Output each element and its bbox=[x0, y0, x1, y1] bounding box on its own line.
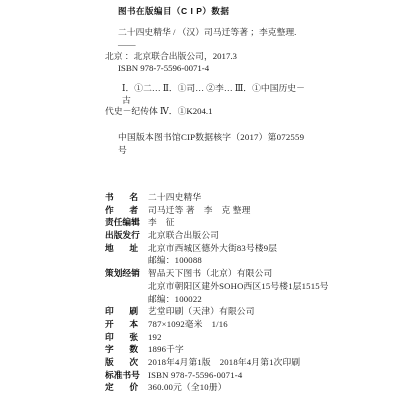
colophon-value: 北京市朝阳区建外SOHO西区15号楼1层1515号 bbox=[148, 280, 329, 293]
colophon-value: 787×1092毫米 1/16 bbox=[148, 318, 228, 331]
colophon-label: 策划经销 bbox=[105, 267, 138, 280]
cip-title-statement: 二十四史精华 / （汉）司马迁等著 ；李克整理. —— bbox=[105, 26, 305, 50]
colophon-row-postcode1: 邮编：100088 bbox=[105, 254, 375, 267]
colophon-row-isbn: 标准书号 ISBN 978-7-5596-0071-4 bbox=[105, 369, 375, 382]
colophon-label: 地址 bbox=[105, 242, 138, 255]
colophon-value: 邮编：100022 bbox=[148, 293, 202, 306]
colophon-value: ISBN 978-7-5596-0071-4 bbox=[148, 369, 242, 382]
colophon-label: 版次 bbox=[105, 356, 138, 369]
colophon-label: 开本 bbox=[105, 318, 138, 331]
colophon-row-postcode2: 邮编：100022 bbox=[105, 293, 375, 306]
colophon-value: 1896千字 bbox=[148, 343, 184, 356]
colophon-row-author: 作者 司马迁等 著 李 克 整理 bbox=[105, 204, 375, 217]
colophon-label: 出版发行 bbox=[105, 229, 138, 242]
colophon-label: 作者 bbox=[105, 204, 138, 217]
colophon-value: 192 bbox=[148, 331, 162, 344]
cip-classification-line1: Ⅰ．①二… Ⅱ．①司… ②李… Ⅲ．①中国历史－古 bbox=[105, 83, 305, 106]
colophon-label: 书名 bbox=[105, 191, 138, 204]
colophon-value: 360.00元（全10册） bbox=[148, 381, 227, 394]
colophon-value: 智品天下图书（北京）有限公司 bbox=[148, 267, 272, 280]
colophon-row-distributor-address: 北京市朝阳区建外SOHO西区15号楼1层1515号 bbox=[105, 280, 375, 293]
cip-publisher-statement: 北京 ：北京联合出版公司，2017.3 bbox=[105, 50, 305, 62]
colophon-row-edition: 版次 2018年4月第1版 2018年4月第1次印刷 bbox=[105, 356, 375, 369]
colophon-label: 责任编辑 bbox=[105, 216, 138, 229]
colophon-row-book-title: 书名 二十四史精华 bbox=[105, 191, 375, 204]
cip-record-number: 中国版本图书馆CIP数据核字（2017）第072559号 bbox=[105, 130, 305, 156]
cip-header: 图书在版编目（C I P）数据 bbox=[105, 5, 305, 17]
colophon-row-format: 开本 787×1092毫米 1/16 bbox=[105, 318, 375, 331]
cip-isbn-line: ISBN 978-7-5596-0071-4 bbox=[105, 62, 305, 74]
colophon-label: 字数 bbox=[105, 343, 138, 356]
colophon-label: 标准书号 bbox=[105, 369, 138, 382]
cip-copyright-page: 图书在版编目（C I P）数据 二十四史精华 / （汉）司马迁等著 ；李克整理.… bbox=[0, 0, 400, 400]
colophon-row-publisher: 出版发行 北京联合出版公司 bbox=[105, 229, 375, 242]
colophon-value: 邮编：100088 bbox=[148, 254, 202, 267]
colophon-table: 书名 二十四史精华 作者 司马迁等 著 李 克 整理 责任编辑 李 征 出版发行… bbox=[105, 191, 375, 394]
colophon-value: 司马迁等 著 李 克 整理 bbox=[148, 204, 251, 217]
cip-bibliographic-paragraph: 二十四史精华 / （汉）司马迁等著 ；李克整理. —— 北京 ：北京联合出版公司… bbox=[105, 26, 305, 74]
cip-classification-line2: 代史－纪传体 Ⅳ．①K204.1 bbox=[105, 106, 305, 118]
colophon-value: 二十四史精华 bbox=[148, 191, 201, 204]
colophon-label: 印刷 bbox=[105, 305, 138, 318]
colophon-row-price: 定价 360.00元（全10册） bbox=[105, 381, 375, 394]
colophon-label: 印张 bbox=[105, 331, 138, 344]
colophon-value: 北京联合出版公司 bbox=[148, 229, 219, 242]
colophon-row-editor: 责任编辑 李 征 bbox=[105, 216, 375, 229]
colophon-value: 艺堂印刷（天津）有限公司 bbox=[148, 305, 255, 318]
cip-classification: Ⅰ．①二… Ⅱ．①司… ②李… Ⅲ．①中国历史－古 代史－纪传体 Ⅳ．①K204… bbox=[105, 83, 305, 118]
colophon-label: 定价 bbox=[105, 381, 138, 394]
colophon-value: 2018年4月第1版 2018年4月第1次印刷 bbox=[148, 356, 300, 369]
colophon-row-printer: 印刷 艺堂印刷（天津）有限公司 bbox=[105, 305, 375, 318]
colophon-row-distributor: 策划经销 智品天下图书（北京）有限公司 bbox=[105, 267, 375, 280]
cip-block: 图书在版编目（C I P）数据 二十四史精华 / （汉）司马迁等著 ；李克整理.… bbox=[105, 5, 305, 156]
colophon-row-sheets: 印张 192 bbox=[105, 331, 375, 344]
colophon-row-word-count: 字数 1896千字 bbox=[105, 343, 375, 356]
colophon-value: 北京市西城区德外大街83号楼9层 bbox=[148, 242, 277, 255]
colophon-row-address: 地址 北京市西城区德外大街83号楼9层 bbox=[105, 242, 375, 255]
colophon-value: 李 征 bbox=[148, 216, 175, 229]
